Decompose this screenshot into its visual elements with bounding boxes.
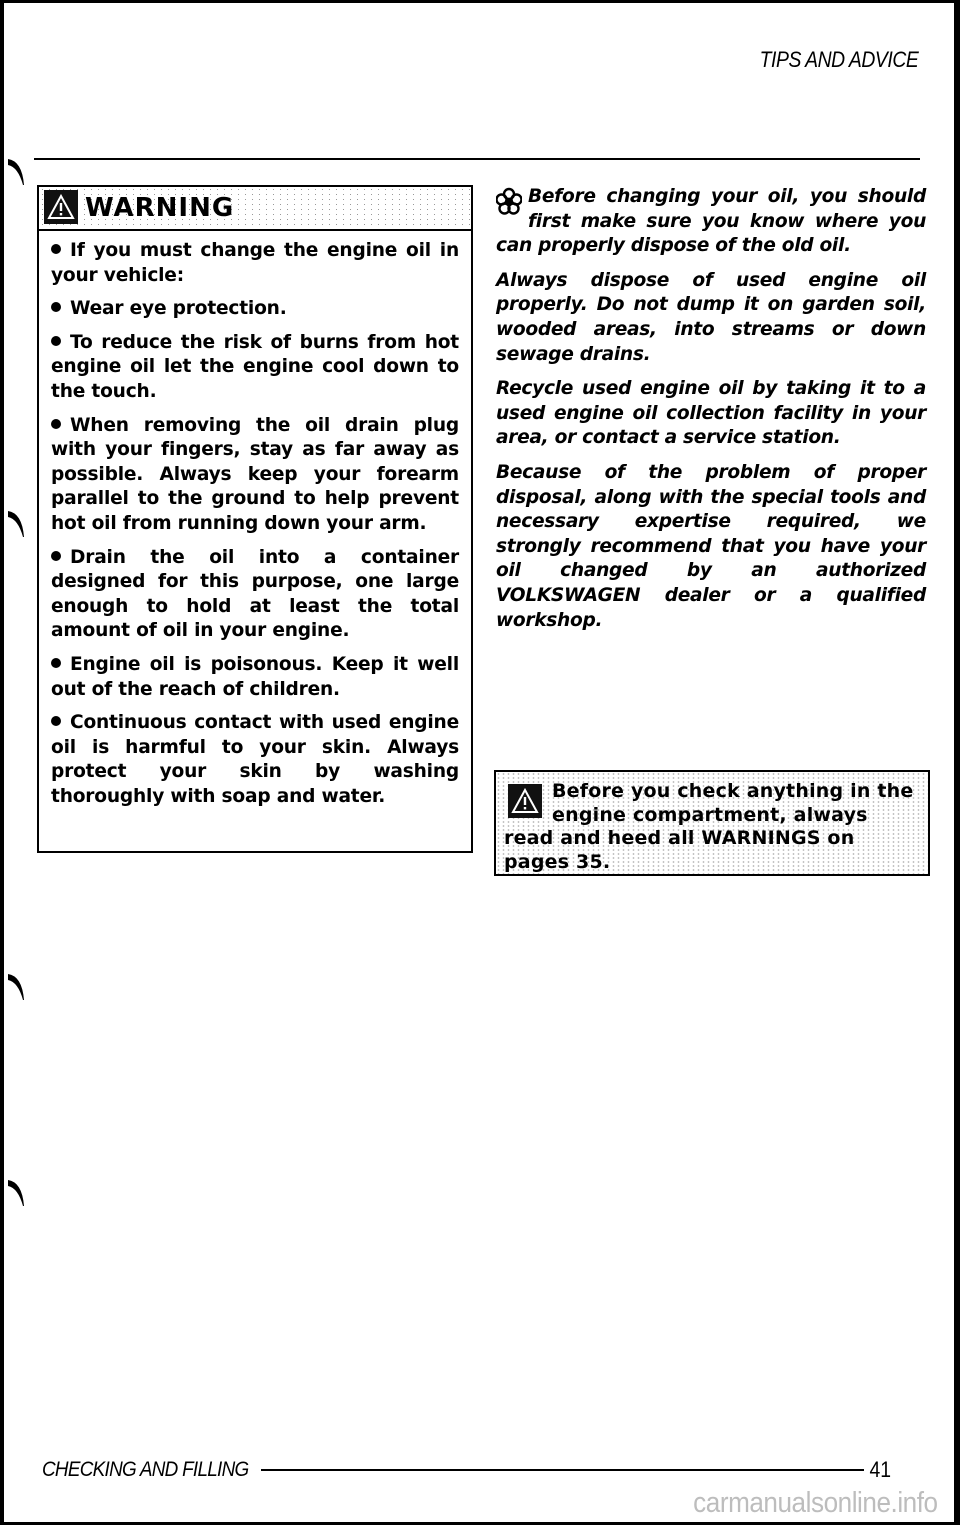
bullet-icon bbox=[51, 419, 61, 429]
warning-triangle-icon bbox=[508, 784, 542, 818]
warning-item: To reduce the risk of burns from hot eng… bbox=[51, 331, 459, 405]
warning-box: WARNING If you must change the engine oi… bbox=[37, 185, 473, 853]
bullet-icon bbox=[51, 244, 61, 254]
bullet-icon bbox=[51, 551, 61, 561]
manual-page: TIPS AND ADVICE WARNING If you must chan… bbox=[4, 3, 954, 1522]
watermark: carmanualsonline.info bbox=[694, 1487, 938, 1520]
warning-header: WARNING bbox=[39, 187, 471, 231]
bullet-icon bbox=[51, 658, 61, 668]
engine-compartment-caution-box: Before you check anything in the engine … bbox=[494, 770, 930, 876]
warning-title: WARNING bbox=[85, 193, 234, 223]
warning-item: Drain the oil into a container designed … bbox=[51, 546, 459, 644]
top-rule-divider bbox=[34, 158, 920, 160]
warning-item: When removing the oil drain plug with yo… bbox=[51, 414, 459, 537]
bullet-icon bbox=[51, 716, 61, 726]
section-title: CHECKING AND FILLING bbox=[42, 1458, 248, 1482]
note-paragraph: Because of the problem of proper disposa… bbox=[496, 461, 926, 633]
warning-triangle-icon bbox=[44, 190, 78, 224]
margin-change-mark-icon bbox=[8, 507, 28, 541]
page-footer: CHECKING AND FILLING 41 bbox=[42, 1455, 892, 1485]
warning-item: If you must change the engine oil in you… bbox=[51, 239, 459, 288]
footer-rule-divider bbox=[261, 1469, 863, 1471]
environment-flower-icon bbox=[496, 187, 522, 217]
caution-text: Before you check anything in the engine … bbox=[504, 780, 920, 874]
margin-change-mark-icon bbox=[8, 155, 28, 189]
note-paragraph: Always dispose of used engine oil proper… bbox=[496, 269, 926, 367]
warning-item: Engine oil is poisonous. Keep it well ou… bbox=[51, 653, 459, 702]
warning-list: If you must change the engine oil in you… bbox=[39, 231, 471, 809]
margin-change-mark-icon bbox=[8, 1176, 28, 1210]
bullet-icon bbox=[51, 336, 61, 346]
note-paragraph: Before changing your oil, you should fir… bbox=[496, 185, 926, 259]
environment-note: Before changing your oil, you should fir… bbox=[496, 185, 926, 643]
warning-item: Continuous contact with used engine oil … bbox=[51, 711, 459, 809]
note-paragraph: Recycle used engine oil by taking it to … bbox=[496, 377, 926, 451]
bullet-icon bbox=[51, 302, 61, 312]
margin-change-mark-icon bbox=[8, 970, 28, 1004]
running-head: TIPS AND ADVICE bbox=[759, 47, 918, 73]
warning-item: Wear eye protection. bbox=[51, 297, 459, 322]
page-number: 41 bbox=[869, 1457, 891, 1483]
